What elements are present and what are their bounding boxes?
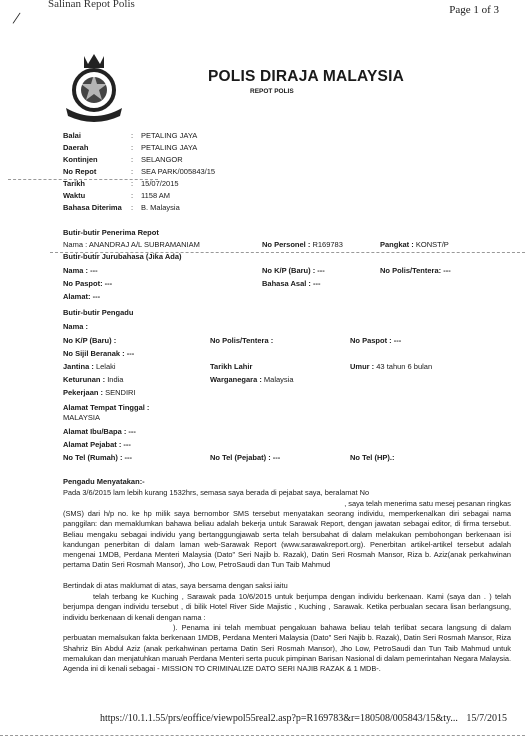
statement-paragraph-4: ). Penama ini telah membuat pengakuan ba…: [63, 623, 511, 674]
pengadu-umur: Umur : 43 tahun 6 bulan: [350, 362, 432, 371]
pengadu-ibubapa: Alamat Ibu/Bapa : ---: [63, 427, 136, 436]
page-title: POLIS DIRAJA MALAYSIA: [208, 68, 404, 86]
penerima-personel: No Personel : R169783: [262, 240, 343, 249]
pengadu-warganegara: Warganegara : Malaysia: [210, 375, 294, 384]
pengadu-jantina: Jantina : Lelaki: [63, 362, 116, 371]
pengadu-tarikh-lahir: Tarikh Lahir: [210, 362, 252, 371]
print-footer: https://10.1.1.55/prs/eoffice/viewpol55r…: [100, 713, 507, 724]
pengadu-tel-rumah: No Tel (Rumah) : ---: [63, 453, 132, 462]
jurubahasa-paspot: No Paspot: ---: [63, 279, 112, 288]
footer-url: https://10.1.1.55/prs/eoffice/viewpol55r…: [100, 713, 458, 724]
pengadu-tel-hp: No Tel (HP).:: [350, 453, 394, 462]
jurubahasa-polis: No Polis/Tentera: ---: [380, 266, 451, 275]
meta-row-kontinjen: Kontinjen:SELANGOR: [63, 154, 215, 166]
pengadu-tel-pejabat: No Tel (Pejabat) : ---: [210, 453, 280, 462]
meta-row-waktu: Waktu:1158 AM: [63, 190, 215, 202]
jurubahasa-heading: Butir-butir Jurubahasa (Jika Ada): [63, 252, 182, 261]
document-header-title: Salinan Repot Polis: [48, 0, 135, 10]
meta-row-bahasa: Bahasa Diterima:B. Malaysia: [63, 202, 215, 214]
statement-line-2: , saya telah menerima satu mesej pesanan…: [260, 499, 511, 509]
jurubahasa-bahasa: Bahasa Asal : ---: [262, 279, 321, 288]
pengadu-paspot: No Paspot : ---: [350, 336, 401, 345]
statement-paragraph-3: telah terbang ke Kuching , Sarawak pada …: [63, 592, 511, 623]
penerima-heading: Butir-butir Penerima Repot: [63, 228, 159, 237]
jurubahasa-alamat: Alamat: ---: [63, 292, 100, 301]
pengadu-pekerjaan: Pekerjaan : SENDIRI: [63, 388, 136, 397]
pengadu-nama: Nama :: [63, 322, 88, 331]
meta-row-daerah: Daerah:PETALING JAYA: [63, 142, 215, 154]
scan-line: [0, 735, 525, 736]
page-subtitle: REPOT POLIS: [250, 88, 294, 95]
statement-heading: Pengadu Menyatakan:-: [63, 477, 145, 486]
handwritten-mark: /: [11, 8, 21, 30]
pengadu-alamat: MALAYSIA: [63, 413, 100, 422]
pengadu-kp: No K/P (Baru) :: [63, 336, 116, 345]
meta-row-balai: Balai:PETALING JAYA: [63, 130, 215, 142]
pengadu-polis: No Polis/Tentera :: [210, 336, 273, 345]
pengadu-heading: Butir-butir Pengadu: [63, 308, 133, 317]
footer-date: 15/7/2015: [466, 713, 507, 724]
police-crest-logo: [60, 52, 128, 124]
jurubahasa-kp: No K/P (Baru) : ---: [262, 266, 325, 275]
penerima-pangkat: Pangkat : KONST/P: [380, 240, 449, 249]
page-number: Page 1 of 3: [449, 4, 499, 16]
pengadu-sijil: No Sijil Beranak : ---: [63, 349, 134, 358]
meta-row-no-repot: No Repot:SEA PARK/005843/15: [63, 166, 215, 178]
pengadu-keturunan: Keturunan : India: [63, 375, 123, 384]
scan-line: [8, 179, 158, 180]
pengadu-pejabat: Alamat Pejabat : ---: [63, 440, 131, 449]
jurubahasa-nama: Nama : ---: [63, 266, 98, 275]
statement-paragraph-2: Bertindak di atas maklumat di atas, saya…: [63, 581, 511, 591]
statement-paragraph-1: (SMS) dari h/p no. ke hp milik saya bern…: [63, 509, 511, 571]
statement-line-1: Pada 3/6/2015 lam lebih kurang 1532hrs, …: [63, 488, 511, 498]
pengadu-alamat-label: Alamat Tempat Tinggal :: [63, 403, 149, 412]
report-meta: Balai:PETALING JAYA Daerah:PETALING JAYA…: [63, 130, 215, 214]
penerima-nama: Nama : ANANDRAJ A/L SUBRAMANIAM: [63, 240, 200, 249]
